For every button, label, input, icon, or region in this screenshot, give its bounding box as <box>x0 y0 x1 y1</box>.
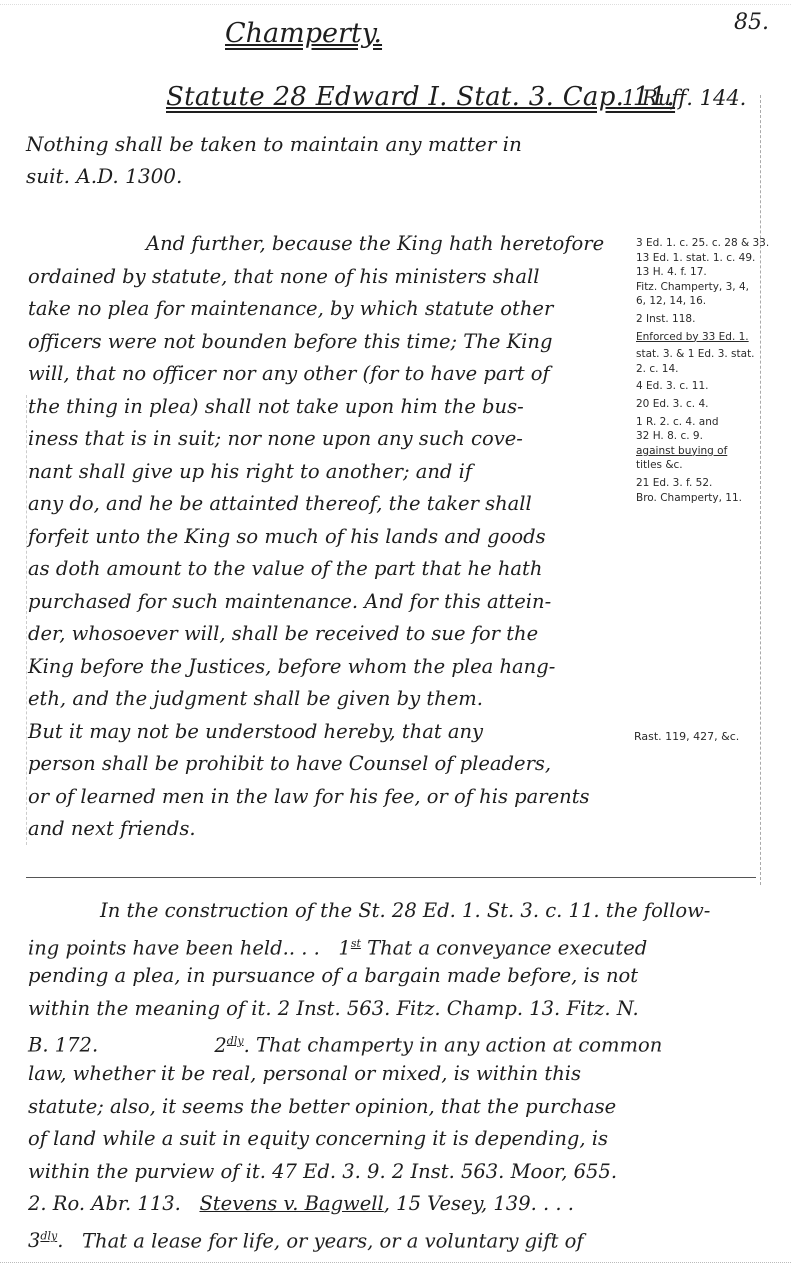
statute-heading: Statute 28 Edward I. Stat. 3. Cap. 11. <box>166 82 675 112</box>
text-line: pending a plea, in pursuance of a bargai… <box>28 960 768 993</box>
text-line: 3dly. That a lease for life, or years, o… <box>28 1221 768 1254</box>
text-line: statute; also, it seems the better opini… <box>28 1091 768 1124</box>
text-line: any do, and he be attainted thereof, the… <box>28 488 628 521</box>
text-line: eth, and the judgment shall be given by … <box>28 683 628 716</box>
text-line: der, whosoever will, shall be received t… <box>28 618 628 651</box>
text-line: take no plea for maintenance, by which s… <box>28 293 628 326</box>
margin-note: Bro. Champerty, 11. <box>636 491 761 506</box>
summary-line: Nothing shall be taken to maintain any m… <box>26 128 586 160</box>
margin-note: 2 Inst. 118. <box>636 312 761 327</box>
margin-note-rastell: Rast. 119, 427, &c. <box>634 730 739 743</box>
commentary-text: In the construction of the St. 28 Ed. 1.… <box>28 895 768 1254</box>
text-line: the thing in plea) shall not take upon h… <box>28 391 628 424</box>
ordinal-mark: dly <box>40 1230 57 1243</box>
text-line: But it may not be understood hereby, tha… <box>28 716 628 749</box>
text-line: And further, because the King hath heret… <box>28 228 628 261</box>
statute-summary: Nothing shall be taken to maintain any m… <box>26 128 586 192</box>
margin-note: 2. c. 14. <box>636 362 761 377</box>
text-line: ordained by statute, that none of his mi… <box>28 261 628 294</box>
text-fragment: B. 172. <box>28 1034 98 1057</box>
text-line: will, that no officer nor any other (for… <box>28 358 628 391</box>
text-line: officers were not bounden before this ti… <box>28 326 628 359</box>
text-fragment: That a conveyance executed <box>367 936 647 959</box>
ordinal-mark: st <box>351 937 361 950</box>
text-line: iness that is in suit; nor none upon any… <box>28 423 628 456</box>
ordinal-mark: dly <box>227 1034 244 1047</box>
margin-note: Enforced by 33 Ed. 1. <box>636 330 761 345</box>
text-line: 2. Ro. Abr. 113. Stevens v. Bagwell, 15 … <box>28 1188 768 1221</box>
margin-note: 21 Ed. 3. f. 52. <box>636 476 761 491</box>
text-fragment: That a lease for life, or years, or a vo… <box>82 1229 584 1252</box>
text-fragment: ing points have been held.. . . <box>28 936 320 959</box>
margin-note: 1 R. 2. c. 4. and <box>636 415 761 430</box>
margin-note: 3 Ed. 1. c. 25. c. 28 & 33. <box>636 236 761 251</box>
text-fragment: That champerty in any action at common <box>256 1034 662 1057</box>
text-line: King before the Justices, before whom th… <box>28 651 628 684</box>
margin-note: titles &c. <box>636 458 761 473</box>
margin-note: stat. 3. & 1 Ed. 3. stat. <box>636 347 761 362</box>
text-line: In the construction of the St. 28 Ed. 1.… <box>28 895 768 928</box>
text-line: purchased for such maintenance. And for … <box>28 586 628 619</box>
case-citation: , 15 Vesey, 139. . . . <box>384 1192 574 1215</box>
text-line: or of learned men in the law for his fee… <box>28 781 628 814</box>
page-number: 85. <box>734 10 769 35</box>
text-line: nant shall give up his right to another;… <box>28 456 628 489</box>
text-line: forfeit unto the King so much of his lan… <box>28 521 628 554</box>
statute-reference: 1 Ruff. 144. <box>622 86 746 110</box>
text-fragment: 2. Ro. Abr. 113. <box>28 1192 181 1215</box>
margin-note: 20 Ed. 3. c. 4. <box>636 397 761 412</box>
margin-note: 13 Ed. 1. stat. 1. c. 49. <box>636 251 761 266</box>
page-title: Champerty. <box>225 18 382 49</box>
case-name: Stevens v. Bagwell <box>199 1192 383 1215</box>
page-top-edge <box>0 4 791 5</box>
text-line: law, whether it be real, personal or mix… <box>28 1058 768 1091</box>
text-line: and next friends. <box>28 813 628 846</box>
margin-note: against buying of <box>636 444 761 459</box>
text-line: B. 172. 2dly. That champerty in any acti… <box>28 1025 768 1058</box>
section-divider <box>26 877 756 878</box>
text-line: within the purview of it. 47 Ed. 3. 9. 2… <box>28 1156 768 1189</box>
statute-text: And further, because the King hath heret… <box>28 228 628 846</box>
margin-note: 4 Ed. 3. c. 11. <box>636 379 761 394</box>
margin-note: 6, 12, 14, 16. <box>636 294 761 309</box>
text-line: person shall be prohibit to have Counsel… <box>28 748 628 781</box>
page-bottom-edge <box>0 1262 791 1263</box>
text-line: of land while a suit in equity concernin… <box>28 1123 768 1156</box>
summary-line: suit. A.D. 1300. <box>26 160 586 192</box>
margin-note: 13 H. 4. f. 17. <box>636 265 761 280</box>
text-line: ing points have been held.. . . 1st That… <box>28 928 768 961</box>
margin-note: Fitz. Champerty, 3, 4, <box>636 280 761 295</box>
margin-note: 32 H. 8. c. 9. <box>636 429 761 444</box>
margin-notes: 3 Ed. 1. c. 25. c. 28 & 33. 13 Ed. 1. st… <box>636 236 761 505</box>
left-margin-rule <box>26 395 27 845</box>
text-line: within the meaning of it. 2 Inst. 563. F… <box>28 993 768 1026</box>
text-line: as doth amount to the value of the part … <box>28 553 628 586</box>
